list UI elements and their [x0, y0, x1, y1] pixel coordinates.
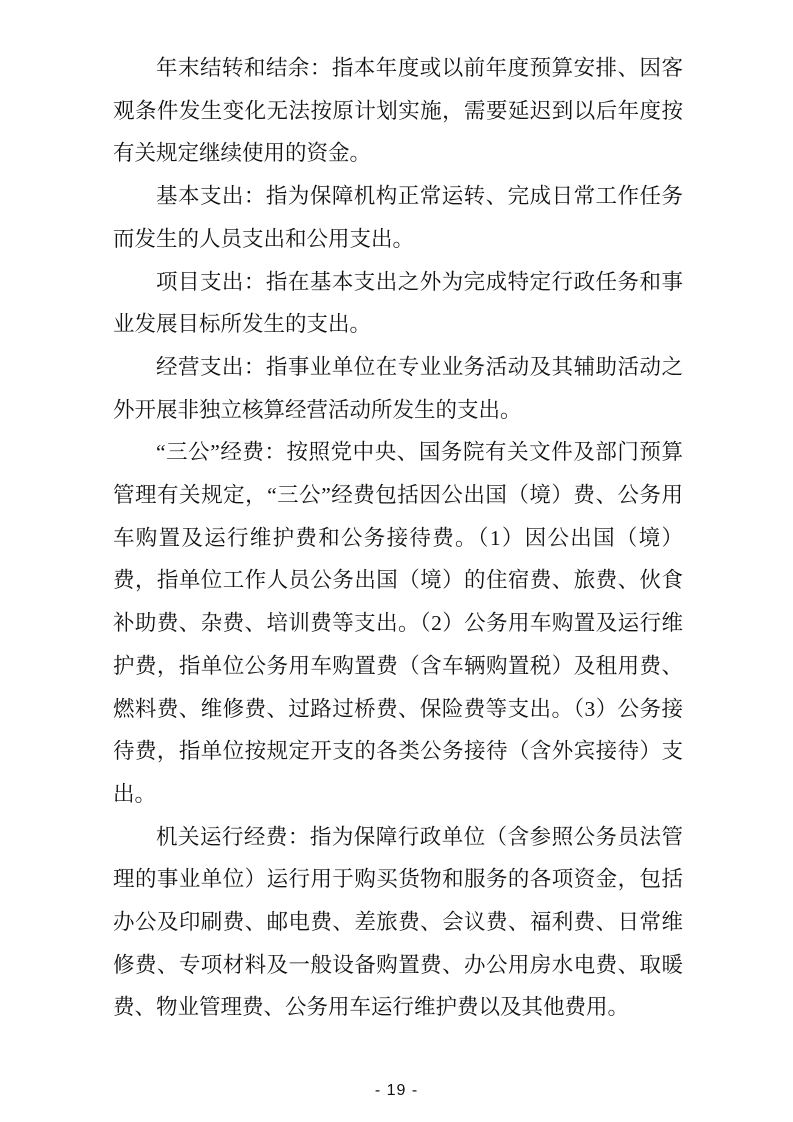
paragraph-year-end-carryover: 年末结转和结余：指本年度或以前年度预算安排、因客观条件发生变化无法按原计划实施，…: [113, 47, 683, 175]
document-body: 年末结转和结余：指本年度或以前年度预算安排、因客观条件发生变化无法按原计划实施，…: [113, 47, 683, 1029]
page-footer: - 19 -: [0, 1082, 793, 1100]
document-page: 年末结转和结余：指本年度或以前年度预算安排、因客观条件发生变化无法按原计划实施，…: [0, 0, 793, 1122]
paragraph-three-public-funds: “三公”经费：按照党中央、国务院有关文件及部门预算管理有关规定，“三公”经费包括…: [113, 431, 683, 815]
paragraph-operating-expenditure: 经营支出：指事业单位在专业业务活动及其辅助活动之外开展非独立核算经营活动所发生的…: [113, 346, 683, 431]
page-number: - 19 -: [375, 1082, 418, 1099]
paragraph-basic-expenditure: 基本支出：指为保障机构正常运转、完成日常工作任务而发生的人员支出和公用支出。: [113, 175, 683, 260]
paragraph-agency-operating-costs: 机关运行经费：指为保障行政单位（含参照公务员法管理的事业单位）运行用于购买货物和…: [113, 816, 683, 1030]
paragraph-project-expenditure: 项目支出：指在基本支出之外为完成特定行政任务和事业发展目标所发生的支出。: [113, 261, 683, 346]
